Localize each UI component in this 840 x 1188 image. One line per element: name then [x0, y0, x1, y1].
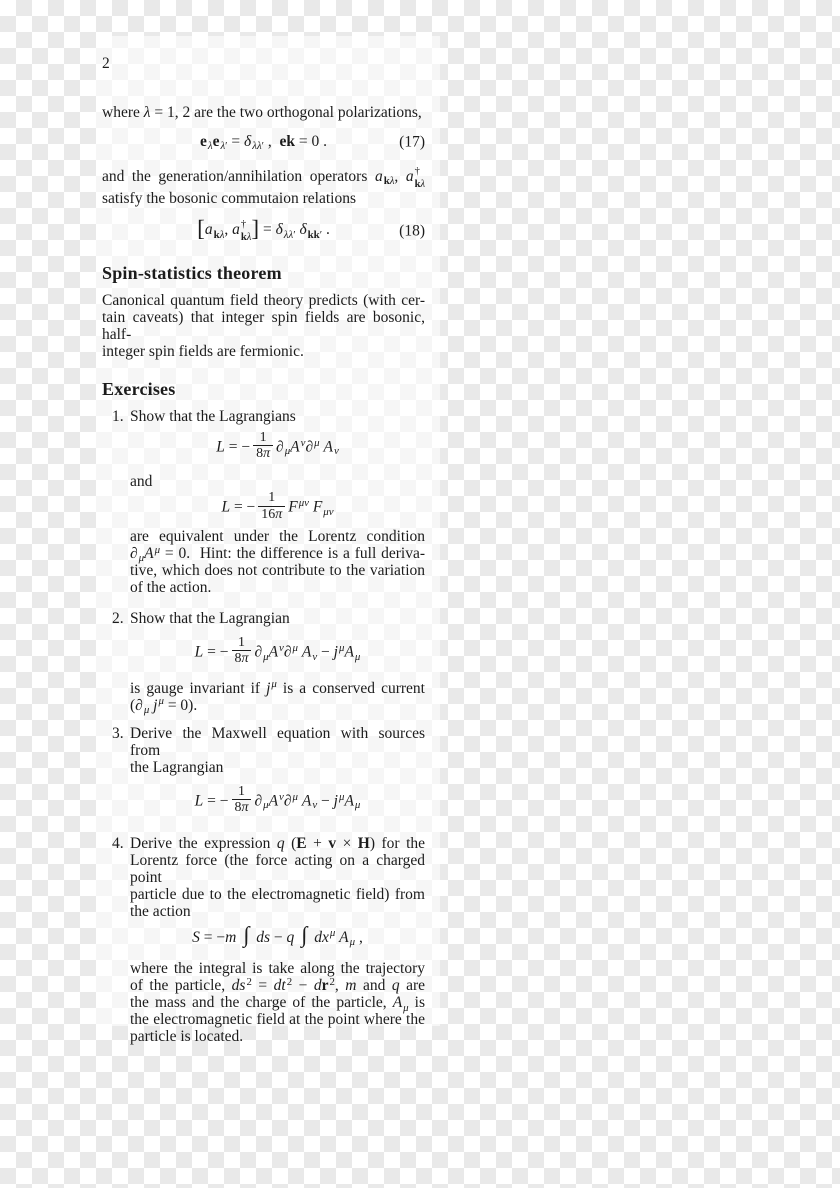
equation-18: [akλ, a†kλ] = δλλ′ δkk′ . (18) [102, 214, 425, 246]
paragraph-operators: and the generation/annihilation operator… [102, 165, 425, 207]
text-line: the Lagrangian [130, 759, 425, 776]
equation-17: eλeλ′ = δλλ′ , ek = 0 . (17) [102, 131, 425, 153]
exercise-item-3: 3. Derive the Maxwell equation with sour… [102, 725, 425, 818]
document-content: 2 where λ = 1, 2 are the two orthogonal … [102, 48, 425, 1045]
paragraph-spin-statistics: Canonical quantum field theory predicts … [102, 292, 425, 360]
text-line: the electromagnetic field at the point w… [130, 1011, 425, 1028]
section-heading-exercises: Exercises [102, 378, 425, 400]
exercise-1-equation-b: L = −116πFμν Fμν [130, 492, 425, 524]
exercise-1-equation-a: L = −18π∂μAν∂μ Aν [130, 432, 425, 464]
equation-18-body: [akλ, a†kλ] = δλλ′ δkk′ . [197, 221, 330, 238]
exercise-2-paragraph: is gauge invariant if jμ is a conserved … [130, 680, 425, 714]
equation-17-body: eλeλ′ = δλλ′ , ek = 0 . [200, 133, 327, 150]
list-number-3: 3. [112, 725, 124, 742]
exercise-4-intro: Derive the expression q (E + v × H) for … [130, 835, 425, 920]
text-line: satisfy the bosonic commutaion relations [102, 190, 425, 207]
text-line: the mass and the charge of the particle,… [130, 994, 425, 1011]
text-line: Derive the Maxwell equation with sources… [130, 725, 425, 759]
exercise-4-equation: S = −m ∫ ds − q ∫ dxμ Aμ , [130, 929, 425, 947]
section-heading-spin-statistics: Spin-statistics theorem [102, 262, 425, 284]
exercise-1-intro: Show that the Lagrangians [130, 408, 425, 425]
text-line: integer spin fields are fermionic. [102, 343, 425, 360]
checkerboard-background: 2 where λ = 1, 2 are the two orthogonal … [0, 0, 840, 1188]
text-line: tive, which does not contribute to the v… [130, 562, 425, 579]
text-line: ∂μAμ = 0. Hint: the difference is a full… [130, 545, 425, 562]
text-line: (∂μ jμ = 0). [130, 697, 425, 714]
text-line: where the integral is take along the tra… [130, 960, 425, 977]
text-line: are equivalent under the Lorentz conditi… [130, 528, 425, 545]
list-number-1: 1. [112, 408, 124, 425]
paragraph-intro: where λ = 1, 2 are the two orthogonal po… [102, 104, 425, 121]
equation-number-17: (17) [399, 134, 425, 151]
text-line: and the generation/annihilation operator… [102, 165, 425, 190]
exercise-2-intro: Show that the Lagrangian [130, 610, 425, 627]
list-number-4: 4. [112, 835, 124, 852]
text-line: where λ = 1, 2 are the two orthogonal po… [102, 104, 425, 121]
text-line: Canonical quantum field theory predicts … [102, 292, 425, 309]
list-number-2: 2. [112, 610, 124, 627]
exercise-3-intro: Derive the Maxwell equation with sources… [130, 725, 425, 776]
equation-number-18: (18) [399, 222, 425, 239]
text-line: the action [130, 903, 425, 920]
text-line: is gauge invariant if jμ is a conserved … [130, 680, 425, 697]
exercise-1-connector: and [130, 473, 425, 490]
exercise-item-2: 2. Show that the Lagrangian L = −18π∂μAν… [102, 610, 425, 714]
text-line: tain caveats) that integer spin fields a… [102, 309, 425, 343]
text-line: Lorentz force (the force acting on a cha… [130, 852, 425, 886]
text-line: Show that the Lagrangian [130, 610, 425, 627]
exercise-item-1: 1. Show that the Lagrangians L = −18π∂μA… [102, 408, 425, 596]
exercise-2-equation: L = −18π∂μAν∂μ Aν − jμAμ [130, 637, 425, 669]
text-line: of the action. [130, 579, 425, 596]
text-line: particle due to the electromagnetic fiel… [130, 886, 425, 903]
text-line: particle is located. [130, 1028, 425, 1045]
exercise-1-paragraph: are equivalent under the Lorentz conditi… [130, 528, 425, 596]
exercise-item-4: 4. Derive the expression q (E + v × H) f… [102, 835, 425, 1046]
text-line: Show that the Lagrangians [130, 408, 425, 425]
text-line: Derive the expression q (E + v × H) for … [130, 835, 425, 852]
page-number: 2 [102, 55, 425, 72]
exercise-4-paragraph: where the integral is take along the tra… [130, 960, 425, 1045]
exercise-3-equation: L = −18π∂μAν∂μ Aν − jμAμ [130, 786, 425, 818]
text-line: of the particle, ds2 = dt2 − dr2, m and … [130, 977, 425, 994]
